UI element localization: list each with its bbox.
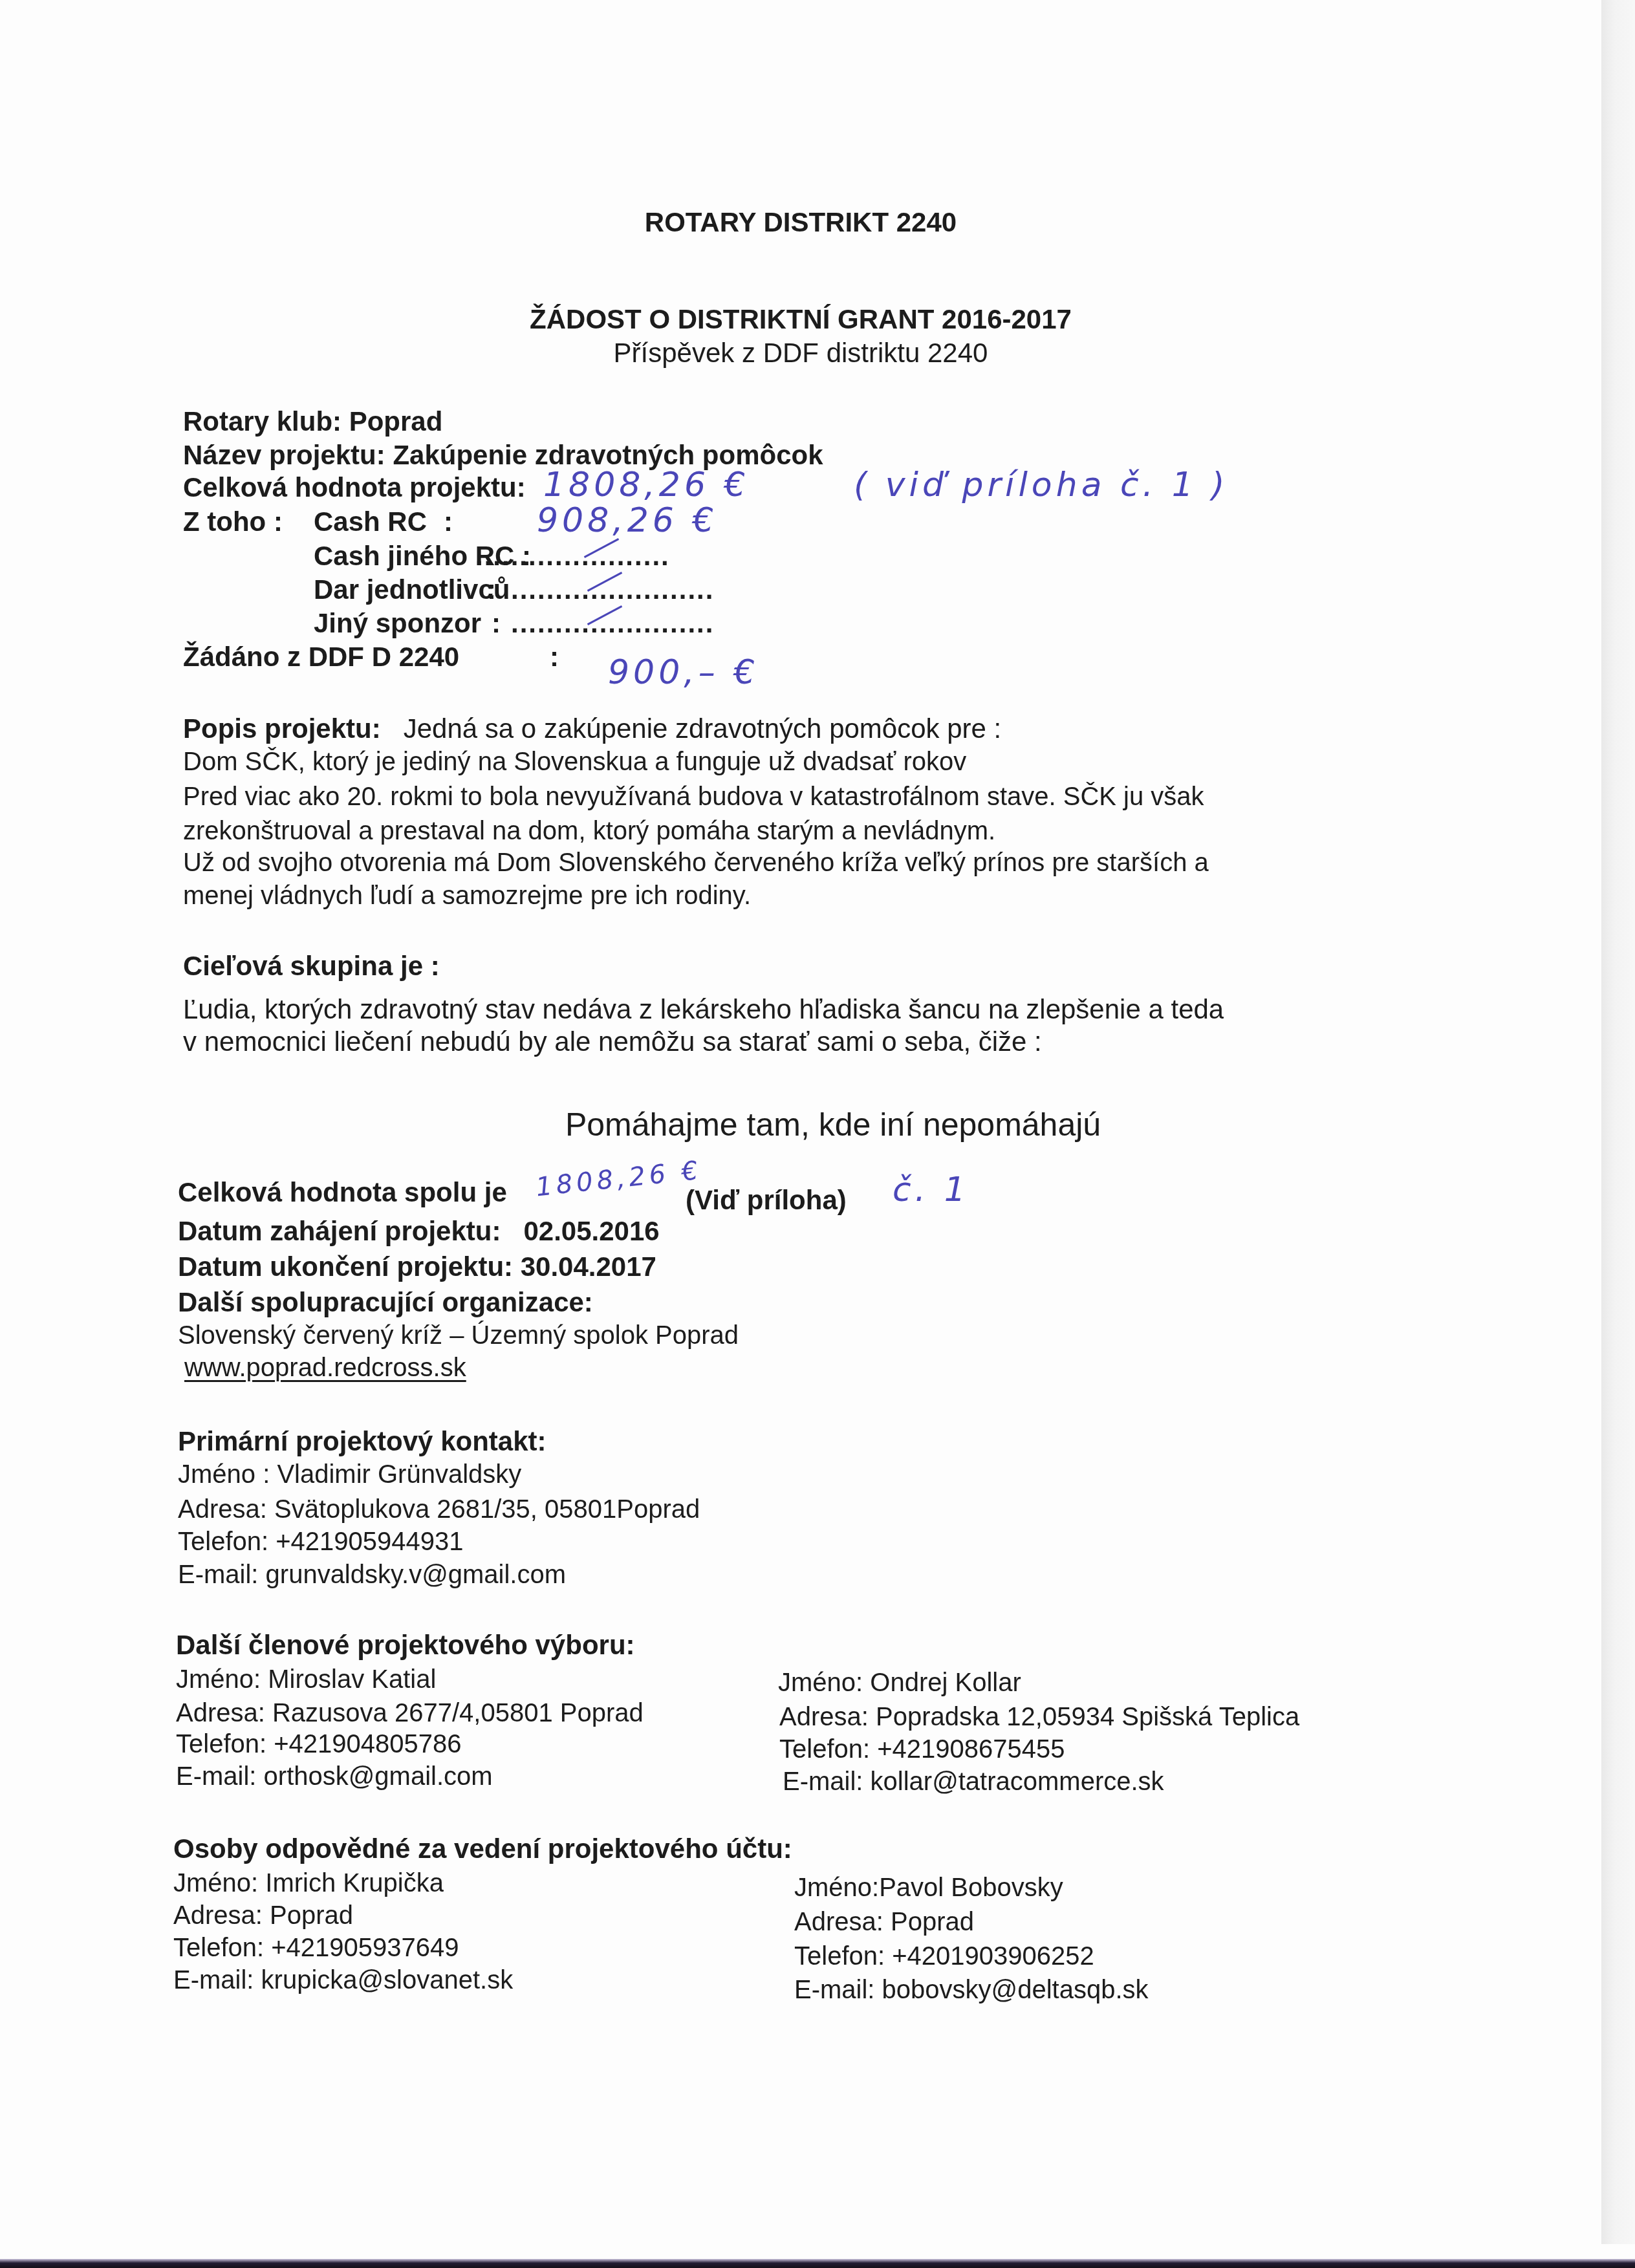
committee-member-name: Jméno: Miroslav Katial [176, 1665, 436, 1694]
primary-contact-heading: Primární projektový kontakt: [178, 1426, 546, 1457]
total-handwritten: 1808,26 € [543, 466, 750, 504]
partner-name: Slovenský červený kríž – Územný spolok P… [178, 1321, 739, 1350]
account-manager-email: E-mail: bobovsky@deltasqb.sk [794, 1976, 1149, 2005]
document-title: ŽÁDOST O DISTRIKTNÍ GRANT 2016-2017 [0, 304, 1601, 335]
scan-edge-right [1601, 0, 1635, 2244]
committee-member-phone: Telefon: +421908675455 [779, 1735, 1065, 1764]
committee-member-phone: Telefon: +421904805786 [176, 1730, 462, 1759]
description-line: Už od svojho otvorenia má Dom Slovenskéh… [183, 848, 1209, 878]
description-label: Popis projektu: [183, 713, 381, 744]
motto: Pomáhajme tam, kde iní nepomáhajú [248, 1106, 1418, 1143]
end-date-label: Datum ukončení projektu: [178, 1251, 513, 1282]
account-managers-heading: Osoby odpovědné za vedení projektového ú… [173, 1833, 792, 1864]
individual-gift-field: ....................... [511, 574, 714, 605]
account-manager-email: E-mail: krupicka@slovanet.sk [173, 1966, 513, 1995]
description-line: Dom SČK, ktorý je jediný na Slovenskua a… [183, 748, 966, 777]
account-manager-name: Jméno: Imrich Krupička [173, 1869, 444, 1898]
partner-url-link[interactable]: www.poprad.redcross.sk [184, 1354, 466, 1383]
other-sponsor-colon: : [492, 608, 501, 639]
description-line: menej vládnych ľudí a samozrejme pre ich… [183, 881, 751, 911]
scan-edge-bottom [0, 2259, 1635, 2268]
account-manager-phone: Telefon: +421905937649 [173, 1934, 459, 1963]
start-date-label: Datum zahájení projektu: [178, 1216, 501, 1246]
committee-member-email: E-mail: kollar@tatracommerce.sk [783, 1767, 1164, 1797]
requested-colon: : [550, 642, 559, 673]
total-spolu-label: Celková hodnota spolu je [178, 1177, 507, 1208]
start-date-value: 02.05.2016 [523, 1216, 659, 1246]
account-manager-address: Adresa: Poprad [173, 1901, 353, 1930]
district-heading: ROTARY DISTRIKT 2240 [0, 207, 1601, 238]
requested-label: Žádáno z DDF D 2240 [183, 642, 459, 673]
annex-reference: (Viď príloha) [686, 1185, 847, 1216]
cash-rc-label: Cash RC [314, 506, 427, 537]
requested-handwritten: 900,– € [608, 653, 759, 692]
primary-contact-name: Jméno : Vladimir Grünvaldsky [178, 1460, 521, 1489]
total-spolu-handwritten: 1808,26 € [534, 1156, 703, 1203]
committee-member-address: Adresa: Razusova 2677/4,05801 Poprad [176, 1699, 644, 1728]
description-line: Pred viac ako 20. rokmi to bola nevyužív… [183, 783, 1204, 812]
description-first-line: Jedná sa o zakúpenie zdravotných pomôcok… [404, 713, 1002, 744]
committee-member-name: Jméno: Ondrej Kollar [778, 1669, 1021, 1698]
primary-contact-email: E-mail: grunvaldsky.v@gmail.com [178, 1561, 566, 1590]
target-group-line: Ľudia, ktorých zdravotný stav nedáva z l… [183, 994, 1224, 1025]
end-date-value: 30.04.2017 [521, 1251, 656, 1282]
club-line: Rotary klub: Poprad [183, 406, 442, 437]
document-subtitle: Příspěvek z DDF distriktu 2240 [0, 338, 1601, 369]
target-group-line: v nemocnici liečení nebudú by ale nemôžu… [183, 1026, 1042, 1057]
individual-gift-colon: : [487, 574, 496, 605]
other-sponsor-label: Jiný sponzor [314, 608, 481, 639]
primary-contact-address: Adresa: Svätoplukova 2681/35, 05801Popra… [178, 1495, 700, 1524]
primary-contact-phone: Telefon: +421905944931 [178, 1528, 464, 1557]
account-manager-address: Adresa: Poprad [794, 1908, 974, 1937]
total-note-handwritten: ( viď príloha č. 1 ) [854, 466, 1229, 504]
committee-heading: Další členové projektového výboru: [176, 1630, 635, 1661]
committee-member-address: Adresa: Popradska 12,05934 Spišská Tepli… [779, 1703, 1299, 1732]
of-which-label: Z toho : [183, 506, 283, 537]
cash-other-rc-field: ...................... [475, 541, 670, 572]
account-manager-phone: Telefon: +4201903906252 [794, 1942, 1094, 1971]
individual-gift-label: Dar jednotlivců [314, 574, 510, 605]
annex-handwritten: č. 1 [893, 1171, 969, 1209]
cash-rc-colon: : [444, 506, 453, 537]
other-sponsor-field: ....................... [511, 608, 714, 639]
description-line: zrekonštruoval a prestaval na dom, ktorý… [183, 817, 995, 846]
committee-member-email: E-mail: orthosk@gmail.com [176, 1762, 493, 1791]
target-group-label: Cieľová skupina je : [183, 951, 440, 982]
total-label: Celková hodnota projektu: [183, 472, 526, 503]
account-manager-name: Jméno:Pavol Bobovsky [794, 1874, 1063, 1903]
cash-rc-handwritten: 908,26 € [537, 501, 718, 540]
partners-label: Další spolupracující organizace: [178, 1287, 593, 1318]
